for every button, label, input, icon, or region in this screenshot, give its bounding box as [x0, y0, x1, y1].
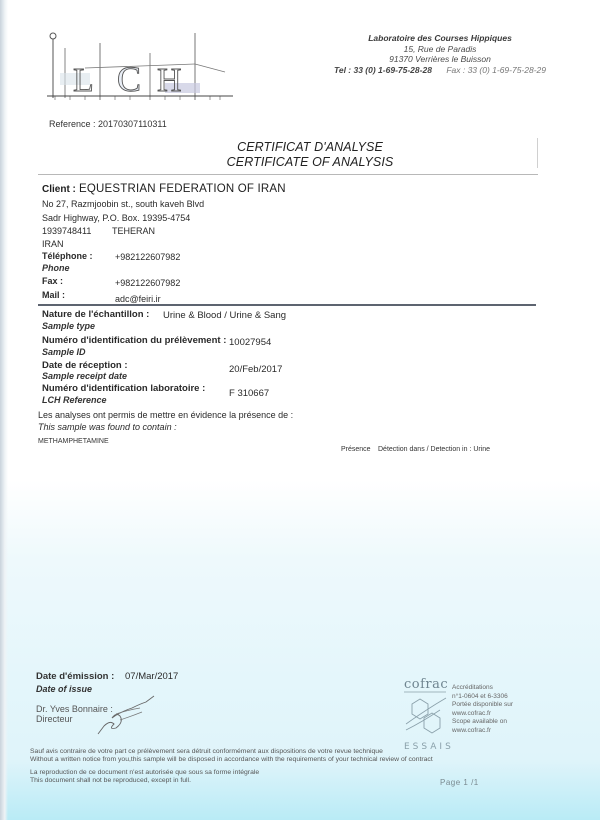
issue-date-label: Date d'émission :: [36, 671, 114, 682]
lab-ref-value: F 310667: [229, 388, 269, 399]
client-name: EQUESTRIAN FEDERATION OF IRAN: [79, 183, 286, 195]
result-substance: METHAMPHETAMINE: [38, 438, 109, 445]
signatory-title: Directeur: [36, 714, 73, 724]
page-number: Page 1 /1: [440, 778, 479, 787]
lab-ref-label: Numéro d'identification laboratoire :: [42, 383, 205, 394]
lch-logo: L C H: [45, 28, 235, 106]
accr-line: Portée disponible sur: [452, 701, 513, 710]
lab-ref-label-en: LCH Reference: [42, 395, 107, 405]
page-edge: [0, 0, 8, 820]
lab-fax: Fax : 33 (0) 1-69-75-28-29: [446, 65, 546, 75]
client-address2: Sadr Highway, P.O. Box. 19395-4754: [42, 213, 190, 223]
result-presence: Présence: [341, 446, 371, 453]
title-fr: CERTIFICAT D'ANALYSE: [190, 140, 430, 155]
fax-label: Fax :: [42, 276, 63, 286]
phone-label-en: Phone: [42, 263, 70, 273]
mail-value: adc@feiri.ir: [115, 294, 161, 304]
svg-text:C: C: [117, 59, 141, 99]
divider-thick: [38, 304, 536, 306]
phone-label: Téléphone :: [42, 251, 93, 261]
receipt-date-label: Date de réception :: [42, 360, 128, 371]
title-box-border: [537, 138, 538, 168]
lab-address-block: Laboratoire des Courses Hippiques 15, Ru…: [295, 33, 585, 75]
reference-number: Reference : 20170307110311: [49, 119, 167, 129]
client-address1: No 27, Razmjoobin st., south kaveh Blvd: [42, 199, 204, 209]
accr-line: www.cofrac.fr: [452, 727, 513, 736]
sample-type-label: Nature de l'échantillon :: [42, 309, 149, 320]
client-city: TEHERAN: [112, 226, 155, 236]
accr-line: www.cofrac.fr: [452, 710, 513, 719]
lab-street: 15, Rue de Paradis: [295, 44, 585, 55]
divider: [38, 174, 538, 175]
footer-line1: Sauf avis contraire de votre part ce pré…: [30, 748, 590, 756]
footer-line4: This document shall not be reproduced, e…: [30, 777, 450, 785]
result-detection: Détection dans / Detection in : Urine: [378, 446, 490, 453]
sample-id-label-en: Sample ID: [42, 347, 86, 357]
title-en: CERTIFICATE OF ANALYSIS: [190, 155, 430, 170]
accr-line: Accréditations: [452, 684, 513, 693]
issue-date-label-en: Date of issue: [36, 684, 92, 694]
sample-type-value: Urine & Blood / Urine & Sang: [163, 310, 286, 321]
svg-text:H: H: [157, 62, 182, 99]
sample-id-value: 10027954: [229, 337, 271, 348]
lab-tel: Tel : 33 (0) 1-69-75-28-28: [334, 65, 432, 75]
document-title: CERTIFICAT D'ANALYSE CERTIFICATE OF ANAL…: [190, 140, 430, 170]
client-country: IRAN: [42, 239, 64, 249]
footer-line3: La reproduction de ce document n'est aut…: [30, 769, 450, 777]
lab-name: Laboratoire des Courses Hippiques: [295, 33, 585, 44]
sample-type-label-en: Sample type: [42, 321, 95, 331]
sample-id-label: Numéro d'identification du prélèvement :: [42, 335, 226, 346]
accr-line: n°1-0604 et 6-3306: [452, 693, 513, 702]
svg-text:cofrac: cofrac: [404, 677, 448, 692]
receipt-date-label-en: Sample receipt date: [42, 371, 127, 381]
cofrac-logo: cofrac ESSAIS: [400, 674, 455, 752]
footer-reproduction-notice: La reproduction de ce document n'est aut…: [30, 769, 450, 785]
results-intro-fr: Les analyses ont permis de mettre en évi…: [38, 410, 293, 420]
signature: [90, 690, 170, 740]
footer-disposal-notice: Sauf avis contraire de votre part ce pré…: [30, 748, 590, 764]
fax-value: +982122607982: [115, 278, 180, 288]
accreditation-info: Accréditations n°1-0604 et 6-3306 Portée…: [452, 684, 513, 736]
client-line: Client : EQUESTRIAN FEDERATION OF IRAN: [42, 183, 286, 195]
footer-line2: Without a written notice from you,this s…: [30, 756, 590, 764]
lab-city: 91370 Verrières le Buisson: [295, 54, 585, 65]
phone-value: +982122607982: [115, 252, 180, 262]
accr-line: Scope available on: [452, 718, 513, 727]
client-label: Client :: [42, 184, 76, 195]
receipt-date-value: 20/Feb/2017: [229, 364, 282, 375]
svg-text:L: L: [73, 62, 94, 99]
client-postcode: 1939748411: [42, 226, 91, 236]
issue-date-value: 07/Mar/2017: [125, 671, 178, 682]
mail-label: Mail :: [42, 290, 65, 300]
results-intro-en: This sample was found to contain :: [38, 422, 177, 432]
